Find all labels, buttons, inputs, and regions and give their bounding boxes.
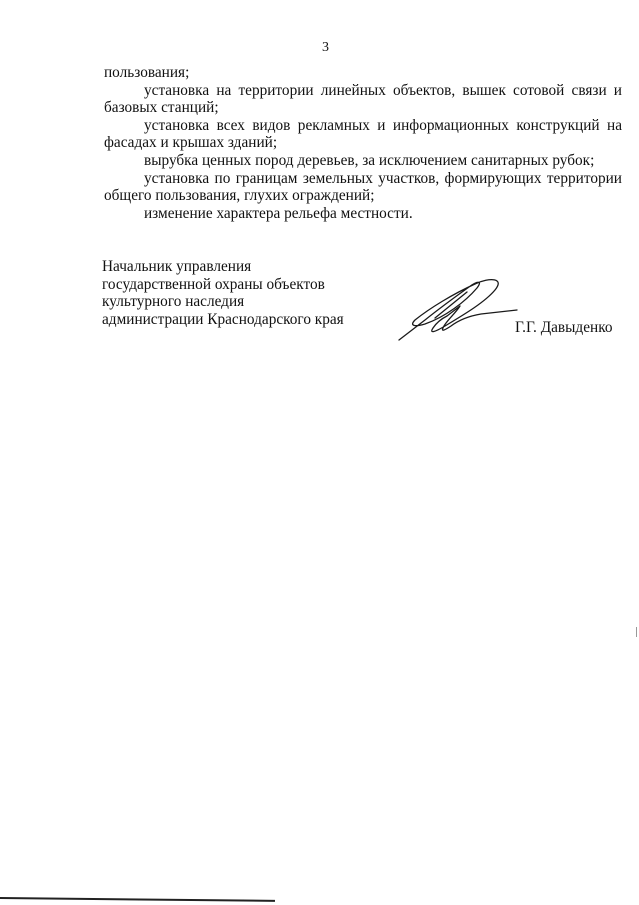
signatory-title-line: Начальник управления	[102, 258, 344, 276]
paragraph-continuation: пользования;	[104, 64, 622, 82]
paragraph-list-item: изменение характера рельефа местности.	[104, 205, 622, 223]
page-number: 3	[6, 40, 639, 56]
paragraph-list-item: вырубка ценных пород деревьев, за исключ…	[104, 152, 622, 170]
paragraph-list-item: установка по границам земельных участков…	[104, 170, 622, 205]
scan-edge-mark	[636, 627, 637, 637]
footer-rule	[0, 897, 275, 902]
body-text: пользования; установка на территории лин…	[104, 64, 622, 222]
signatory-title: Начальник управления государственной охр…	[102, 258, 344, 328]
signer-name: Г.Г. Давыденко	[515, 319, 613, 337]
signatory-title-line: государственной охраны объектов	[102, 276, 344, 294]
paragraph-list-item: установка всех видов рекламных и информа…	[104, 117, 622, 152]
signatory-title-line: культурного наследия	[102, 293, 344, 311]
signatory-title-line: администрации Краснодарского края	[102, 311, 344, 329]
handwritten-signature-icon	[385, 272, 535, 344]
paragraph-list-item: установка на территории линейных объекто…	[104, 82, 622, 117]
